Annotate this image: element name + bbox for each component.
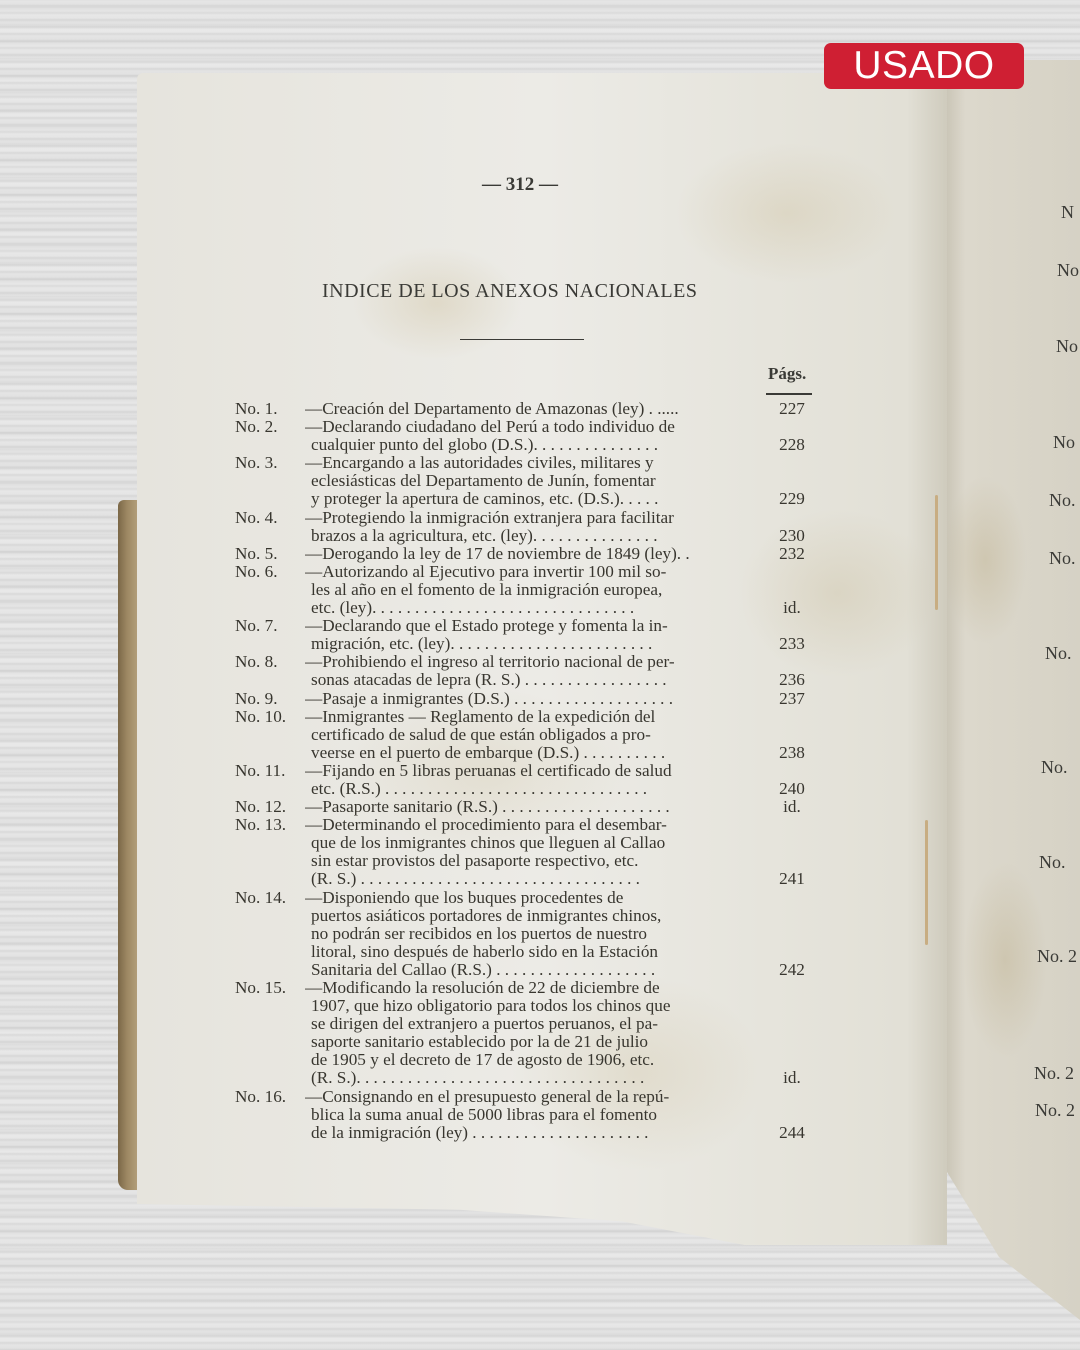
entry-line: eclesiásticas del Departamento de Junín,… [235, 472, 815, 490]
entry-text: —Inmigrantes — Reglamento de la expedici… [305, 708, 815, 726]
index-entry: No. 3.—Encargando a las autoridades civi… [235, 454, 815, 508]
entry-line: No. 14.—Disponiendo que los buques proce… [235, 889, 815, 907]
entry-text: no podrán ser recibidos en los puertos d… [235, 925, 815, 943]
entry-line: No. 2.—Declarando ciudadano del Perú a t… [235, 418, 815, 436]
entry-text: —Modificando la resolución de 22 de dici… [305, 979, 815, 997]
index-entry: No. 15.—Modificando la resolución de 22 … [235, 979, 815, 1088]
entry-text: (R. S.) . . . . . . . . . . . . . . . . … [235, 870, 815, 888]
entry-line: brazos a la agricultura, etc. (ley). . .… [235, 527, 815, 545]
entry-line: se dirigen del extranjero a puertos peru… [235, 1015, 815, 1033]
entry-page-number: id. [769, 1069, 815, 1087]
entry-page-number: 237 [769, 690, 815, 708]
entry-page-number: 236 [769, 671, 815, 689]
entry-text: Sanitaria del Callao (R.S.) . . . . . . … [235, 961, 815, 979]
entry-page-number: 242 [769, 961, 815, 979]
entry-line: de 1905 y el decreto de 17 de agosto de … [235, 1051, 815, 1069]
right-page-entry-fragment: No. [1045, 643, 1072, 664]
entry-page-number: 229 [769, 490, 815, 508]
index-entry: No. 12.—Pasaporte sanitario (R.S.) . . .… [235, 798, 815, 816]
entry-text: 1907, que hizo obligatorio para todos lo… [235, 997, 815, 1015]
entry-page-number: 232 [769, 545, 815, 563]
index-entry: No. 13.—Determinando el procedimiento pa… [235, 816, 815, 888]
entry-line: que de los inmigrantes chinos que llegue… [235, 834, 815, 852]
entry-text: litoral, sino después de haberlo sido en… [235, 943, 815, 961]
entry-number: No. 4. [235, 509, 305, 527]
entry-line: certificado de salud de que están obliga… [235, 726, 815, 744]
entry-text: que de los inmigrantes chinos que llegue… [235, 834, 815, 852]
index-entry: No. 14.—Disponiendo que los buques proce… [235, 889, 815, 979]
entry-text: etc. (ley). . . . . . . . . . . . . . . … [235, 599, 815, 617]
entry-text: sonas atacadas de lepra (R. S.) . . . . … [235, 671, 815, 689]
entry-line: veerse en el puerto de embarque (D.S.) .… [235, 744, 815, 762]
open-book-photo: — 312 — INDICE DE LOS ANEXOS NACIONALES … [0, 0, 1080, 1350]
entry-text: de 1905 y el decreto de 17 de agosto de … [235, 1051, 815, 1069]
index-entry: No. 11.—Fijando en 5 libras peruanas el … [235, 762, 815, 798]
right-page-entry-fragment: No [1053, 432, 1075, 453]
binding-thread [925, 820, 928, 945]
entry-text: —Prohibiendo el ingreso al territorio na… [305, 653, 815, 671]
entry-text: se dirigen del extranjero a puertos peru… [235, 1015, 815, 1033]
entry-text: etc. (R.S.) . . . . . . . . . . . . . . … [235, 780, 815, 798]
right-page-entry-fragment: No. [1041, 757, 1068, 778]
pages-header-underline [766, 393, 812, 395]
index-entry: No. 8.—Prohibiendo el ingreso al territo… [235, 653, 815, 689]
entry-line: no podrán ser recibidos en los puertos d… [235, 925, 815, 943]
entry-line: sonas atacadas de lepra (R. S.) . . . . … [235, 671, 815, 689]
entry-page-number: 230 [769, 527, 815, 545]
entry-page-number: 227 [769, 400, 815, 418]
entry-line: 1907, que hizo obligatorio para todos lo… [235, 997, 815, 1015]
index-entry: No. 7.—Declarando que el Estado protege … [235, 617, 815, 653]
entry-page-number: 244 [769, 1124, 815, 1142]
index-entry: No. 6.—Autorizando al Ejecutivo para inv… [235, 563, 815, 617]
entry-line: No. 11.—Fijando en 5 libras peruanas el … [235, 762, 815, 780]
binding-thread [935, 495, 938, 610]
entry-page-number: id. [769, 798, 815, 816]
entry-line: No. 8.—Prohibiendo el ingreso al territo… [235, 653, 815, 671]
entry-number: No. 2. [235, 418, 305, 436]
entry-line: les al año en el fomento de la inmigraci… [235, 581, 815, 599]
right-page-entry-fragment: No [1056, 336, 1078, 357]
entry-line: No. 10.—Inmigrantes — Reglamento de la e… [235, 708, 815, 726]
entry-number: No. 6. [235, 563, 305, 581]
right-page-entry-fragment: No. 2 [1035, 1100, 1075, 1121]
entry-page-number: 241 [769, 870, 815, 888]
index-entry: No. 5.—Derogando la ley de 17 de noviemb… [235, 545, 815, 563]
title-divider [460, 339, 584, 340]
entry-number: No. 10. [235, 708, 305, 726]
left-page-worn-edge [118, 500, 140, 1190]
entry-line: saporte sanitario establecido por la de … [235, 1033, 815, 1051]
entry-line: (R. S.). . . . . . . . . . . . . . . . .… [235, 1069, 815, 1087]
page-title: INDICE DE LOS ANEXOS NACIONALES [322, 280, 698, 303]
entry-text: y proteger la apertura de caminos, etc. … [235, 490, 815, 508]
entry-line: litoral, sino después de haberlo sido en… [235, 943, 815, 961]
right-page-entry-fragment: No. [1049, 490, 1076, 511]
entry-text: —Protegiendo la inmigración extranjera p… [305, 509, 815, 527]
entry-text: cualquier punto del globo (D.S.). . . . … [235, 436, 815, 454]
entry-text: sin estar provistos del pasaporte respec… [235, 852, 815, 870]
entry-line: blica la suma anual de 5000 libras para … [235, 1106, 815, 1124]
right-page-entry-fragment: No [1057, 260, 1079, 281]
right-page-entry-fragment: No. 2 [1037, 946, 1077, 967]
entry-text: —Consignando en el presupuesto general d… [305, 1088, 815, 1106]
entry-number: No. 11. [235, 762, 305, 780]
entry-number: No. 8. [235, 653, 305, 671]
entry-line: puertos asiáticos portadores de inmigran… [235, 907, 815, 925]
right-page-entry-fragment: N [1061, 202, 1074, 223]
entry-text: —Encargando a las autoridades civiles, m… [305, 454, 815, 472]
entry-text: —Pasaporte sanitario (R.S.) . . . . . . … [305, 798, 815, 816]
entry-line: (R. S.) . . . . . . . . . . . . . . . . … [235, 870, 815, 888]
entry-text: —Determinando el procedimiento para el d… [305, 816, 815, 834]
entry-line: y proteger la apertura de caminos, etc. … [235, 490, 815, 508]
page-number: — 312 — [482, 174, 558, 196]
index-entries: No. 1.—Creación del Departamento de Amaz… [235, 400, 815, 1142]
pages-column-header: Págs. [768, 364, 806, 384]
right-page-entry-fragment: No. 2 [1034, 1063, 1074, 1084]
index-entry: No. 2.—Declarando ciudadano del Perú a t… [235, 418, 815, 454]
entry-text: —Declarando ciudadano del Perú a todo in… [305, 418, 815, 436]
entry-number: No. 5. [235, 545, 305, 563]
entry-text: —Pasaje a inmigrantes (D.S.) . . . . . .… [305, 690, 815, 708]
entry-text: puertos asiáticos portadores de inmigran… [235, 907, 815, 925]
entry-line: etc. (ley). . . . . . . . . . . . . . . … [235, 599, 815, 617]
entry-line: No. 4.—Protegiendo la inmigración extran… [235, 509, 815, 527]
entry-line: migración, etc. (ley). . . . . . . . . .… [235, 635, 815, 653]
entry-text: certificado de salud de que están obliga… [235, 726, 815, 744]
entry-line: de la inmigración (ley) . . . . . . . . … [235, 1124, 815, 1142]
index-entry: No. 9.—Pasaje a inmigrantes (D.S.) . . .… [235, 690, 815, 708]
right-page-entry-fragment: No. [1039, 852, 1066, 873]
entry-line: cualquier punto del globo (D.S.). . . . … [235, 436, 815, 454]
entry-line: No. 7.—Declarando que el Estado protege … [235, 617, 815, 635]
entry-line: No. 5.—Derogando la ley de 17 de noviemb… [235, 545, 815, 563]
entry-line: No. 13.—Determinando el procedimiento pa… [235, 816, 815, 834]
entry-text: —Disponiendo que los buques procedentes … [305, 889, 815, 907]
entry-page-number: 240 [769, 780, 815, 798]
index-entry: No. 10.—Inmigrantes — Reglamento de la e… [235, 708, 815, 762]
entry-number: No. 14. [235, 889, 305, 907]
right-page [945, 60, 1080, 1320]
entry-number: No. 7. [235, 617, 305, 635]
entry-text: blica la suma anual de 5000 libras para … [235, 1106, 815, 1124]
entry-number: No. 15. [235, 979, 305, 997]
entry-line: etc. (R.S.) . . . . . . . . . . . . . . … [235, 780, 815, 798]
entry-number: No. 1. [235, 400, 305, 418]
entry-number: No. 3. [235, 454, 305, 472]
entry-line: No. 3.—Encargando a las autoridades civi… [235, 454, 815, 472]
entry-line: No. 1.—Creación del Departamento de Amaz… [235, 400, 815, 418]
entry-text: les al año en el fomento de la inmigraci… [235, 581, 815, 599]
entry-text: —Autorizando al Ejecutivo para invertir … [305, 563, 815, 581]
entry-line: No. 16.—Consignando en el presupuesto ge… [235, 1088, 815, 1106]
right-page-entry-fragment: No. [1049, 548, 1076, 569]
entry-text: migración, etc. (ley). . . . . . . . . .… [235, 635, 815, 653]
condition-badge: USADO [824, 43, 1024, 89]
entry-text: —Creación del Departamento de Amazonas (… [305, 400, 815, 418]
index-entry: No. 1.—Creación del Departamento de Amaz… [235, 400, 815, 418]
entry-page-number: 228 [769, 436, 815, 454]
entry-line: sin estar provistos del pasaporte respec… [235, 852, 815, 870]
entry-page-number: 238 [769, 744, 815, 762]
entry-text: de la inmigración (ley) . . . . . . . . … [235, 1124, 815, 1142]
entry-page-number: 233 [769, 635, 815, 653]
entry-text: eclesiásticas del Departamento de Junín,… [235, 472, 815, 490]
entry-text: (R. S.). . . . . . . . . . . . . . . . .… [235, 1069, 815, 1087]
entry-line: Sanitaria del Callao (R.S.) . . . . . . … [235, 961, 815, 979]
entry-line: No. 15.—Modificando la resolución de 22 … [235, 979, 815, 997]
entry-text: —Fijando en 5 libras peruanas el certifi… [305, 762, 815, 780]
entry-page-number: id. [769, 599, 815, 617]
entry-text: saporte sanitario establecido por la de … [235, 1033, 815, 1051]
entry-number: No. 12. [235, 798, 305, 816]
entry-text: —Declarando que el Estado protege y fome… [305, 617, 815, 635]
entry-number: No. 13. [235, 816, 305, 834]
entry-number: No. 9. [235, 690, 305, 708]
entry-number: No. 16. [235, 1088, 305, 1106]
entry-line: No. 12.—Pasaporte sanitario (R.S.) . . .… [235, 798, 815, 816]
entry-line: No. 6.—Autorizando al Ejecutivo para inv… [235, 563, 815, 581]
index-entry: No. 16.—Consignando en el presupuesto ge… [235, 1088, 815, 1142]
entry-text: —Derogando la ley de 17 de noviembre de … [305, 545, 815, 563]
entry-text: brazos a la agricultura, etc. (ley). . .… [235, 527, 815, 545]
index-entry: No. 4.—Protegiendo la inmigración extran… [235, 509, 815, 545]
entry-text: veerse en el puerto de embarque (D.S.) .… [235, 744, 815, 762]
entry-line: No. 9.—Pasaje a inmigrantes (D.S.) . . .… [235, 690, 815, 708]
